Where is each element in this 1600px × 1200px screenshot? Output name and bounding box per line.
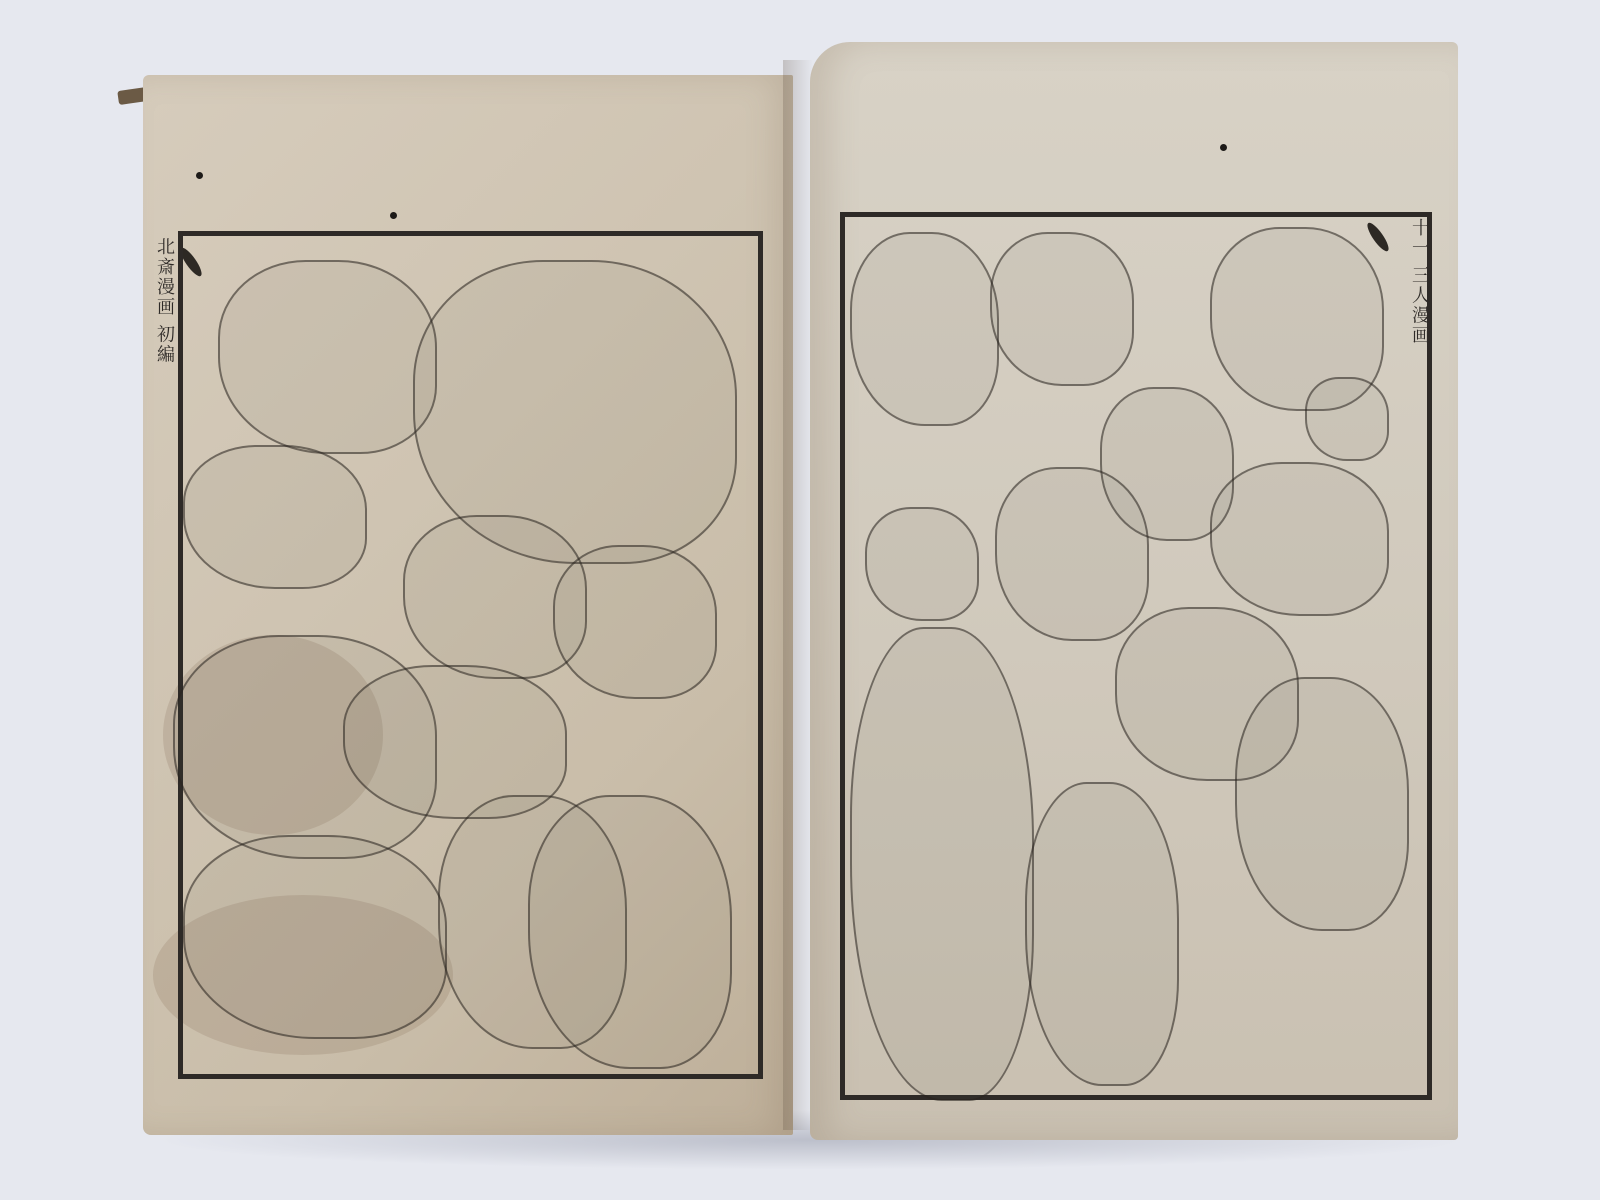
sketch-label: woman with dog and cat — [580, 919, 680, 945]
sketch-label: seated man carving at low table — [230, 498, 320, 537]
sketch-label: two men at large slanted rack — [495, 399, 655, 425]
sketch-label: man cutting bamboo with basket — [595, 603, 675, 642]
left-page: 北斎漫画 初編 man with hammer at workbenchtwo … — [143, 75, 793, 1135]
sketch-label: man bending bamboo hoop — [450, 584, 540, 610]
left-sketch-figure: man with hammer at workbench — [218, 260, 437, 454]
left-sketch-figure: seated man carving at low table — [183, 445, 367, 589]
worm-hole — [196, 172, 203, 179]
left-sketch-figure: figures by wall (faded) — [183, 835, 447, 1039]
right-page: 十一 三人漫画 man pounding in mortarseated man… — [810, 42, 1458, 1140]
sketch-label: hooded figure — [895, 551, 950, 577]
left-margin-title: 北斎漫画 初編 — [151, 237, 177, 365]
left-sketch-figure: man cutting bamboo with basket — [553, 545, 717, 699]
sketch-label: man juggling cups — [1065, 921, 1140, 947]
sketch-label: juggler with spear and feather — [897, 845, 987, 884]
right-sketch-figure: seated man scratching head — [990, 232, 1134, 386]
sketch-label: seated man scratching head — [1027, 290, 1097, 329]
sketch-label: crouching man covering ears — [1135, 438, 1200, 490]
right-sketch-figure: juggler with spear and feather — [850, 627, 1034, 1101]
right-sketch-figure: man pounding in mortar — [850, 232, 999, 426]
right-sketch-figure: man juggling cups — [1025, 782, 1179, 1086]
sketch-label: figures by wall (faded) — [252, 931, 377, 944]
sketch-label: man sneezing — [1035, 541, 1110, 567]
sketch-label: tray of round cakes — [401, 736, 509, 749]
sketch-label: man playing instrument — [1162, 681, 1252, 707]
right-sketch-figure: peddler with round hats — [1235, 677, 1409, 931]
worm-hole — [1220, 144, 1227, 151]
sketch-label: woman pouring drink — [1256, 526, 1344, 552]
sketch-label: woman tying hair — [1255, 306, 1340, 332]
right-sketch-figure: woman pouring drink — [1210, 462, 1389, 616]
sketch-label: man pounding in mortar — [888, 310, 961, 349]
right-sketch-figure: man sneezing — [995, 467, 1149, 641]
sketch-label: man with hammer at workbench — [274, 344, 382, 370]
right-sketch-figure: box-shaped container — [1305, 377, 1389, 461]
sketch-label: peddler with round hats — [1280, 791, 1365, 817]
book-gutter — [783, 60, 813, 1130]
left-sketch-figure: woman with dog and cat — [528, 795, 732, 1069]
worm-hole — [390, 212, 397, 219]
right-sketch-figure: hooded figure — [865, 507, 979, 621]
sketch-label: box-shaped container — [1320, 400, 1373, 439]
